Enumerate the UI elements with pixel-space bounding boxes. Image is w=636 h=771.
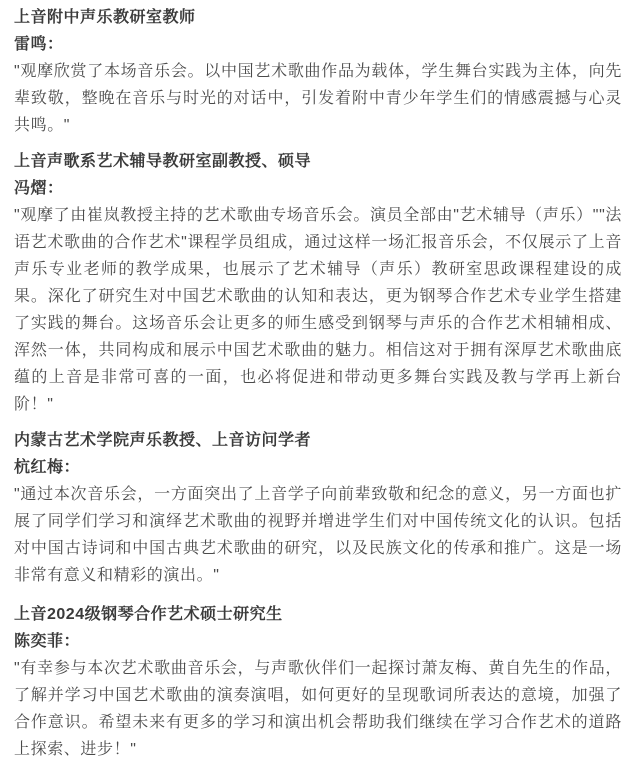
section-title: 上音附中声乐教研室教师 (14, 4, 622, 31)
testimonial-section-1: 上音附中声乐教研室教师 雷鸣： "观摩欣赏了本场音乐会。以中国艺术歌曲作品为载体… (14, 4, 622, 139)
quote-paragraph: "观摩欣赏了本场音乐会。以中国艺术歌曲作品为载体，学生舞台实践为主体，向先辈致敬… (14, 58, 622, 139)
person-name: 杭红梅： (14, 454, 622, 481)
testimonial-section-4: 上音2024级钢琴合作艺术硕士研究生 陈奕菲： "有幸参与本次艺术歌曲音乐会，与… (14, 601, 622, 763)
quote-paragraph: "通过本次音乐会，一方面突出了上音学子向前辈致敬和纪念的意义，另一方面也扩展了同… (14, 481, 622, 589)
section-title: 内蒙古艺术学院声乐教授、上音访问学者 (14, 427, 622, 454)
section-title: 上音2024级钢琴合作艺术硕士研究生 (14, 601, 622, 628)
testimonial-section-3: 内蒙古艺术学院声乐教授、上音访问学者 杭红梅： "通过本次音乐会，一方面突出了上… (14, 427, 622, 589)
quote-paragraph: "观摩了由崔岚教授主持的艺术歌曲专场音乐会。演员全部由"艺术辅导（声乐）""法语… (14, 202, 622, 418)
person-name: 陈奕菲： (14, 628, 622, 655)
testimonial-section-2: 上音声歌系艺术辅导教研室副教授、硕导 冯熠： "观摩了由崔岚教授主持的艺术歌曲专… (14, 148, 622, 418)
person-name: 雷鸣： (14, 31, 622, 58)
section-title: 上音声歌系艺术辅导教研室副教授、硕导 (14, 148, 622, 175)
quote-paragraph: "有幸参与本次艺术歌曲音乐会，与声歌伙伴们一起探讨萧友梅、黄自先生的作品，了解并… (14, 655, 622, 763)
person-name: 冯熠： (14, 175, 622, 202)
article-page: 上音附中声乐教研室教师 雷鸣： "观摩欣赏了本场音乐会。以中国艺术歌曲作品为载体… (0, 0, 636, 771)
